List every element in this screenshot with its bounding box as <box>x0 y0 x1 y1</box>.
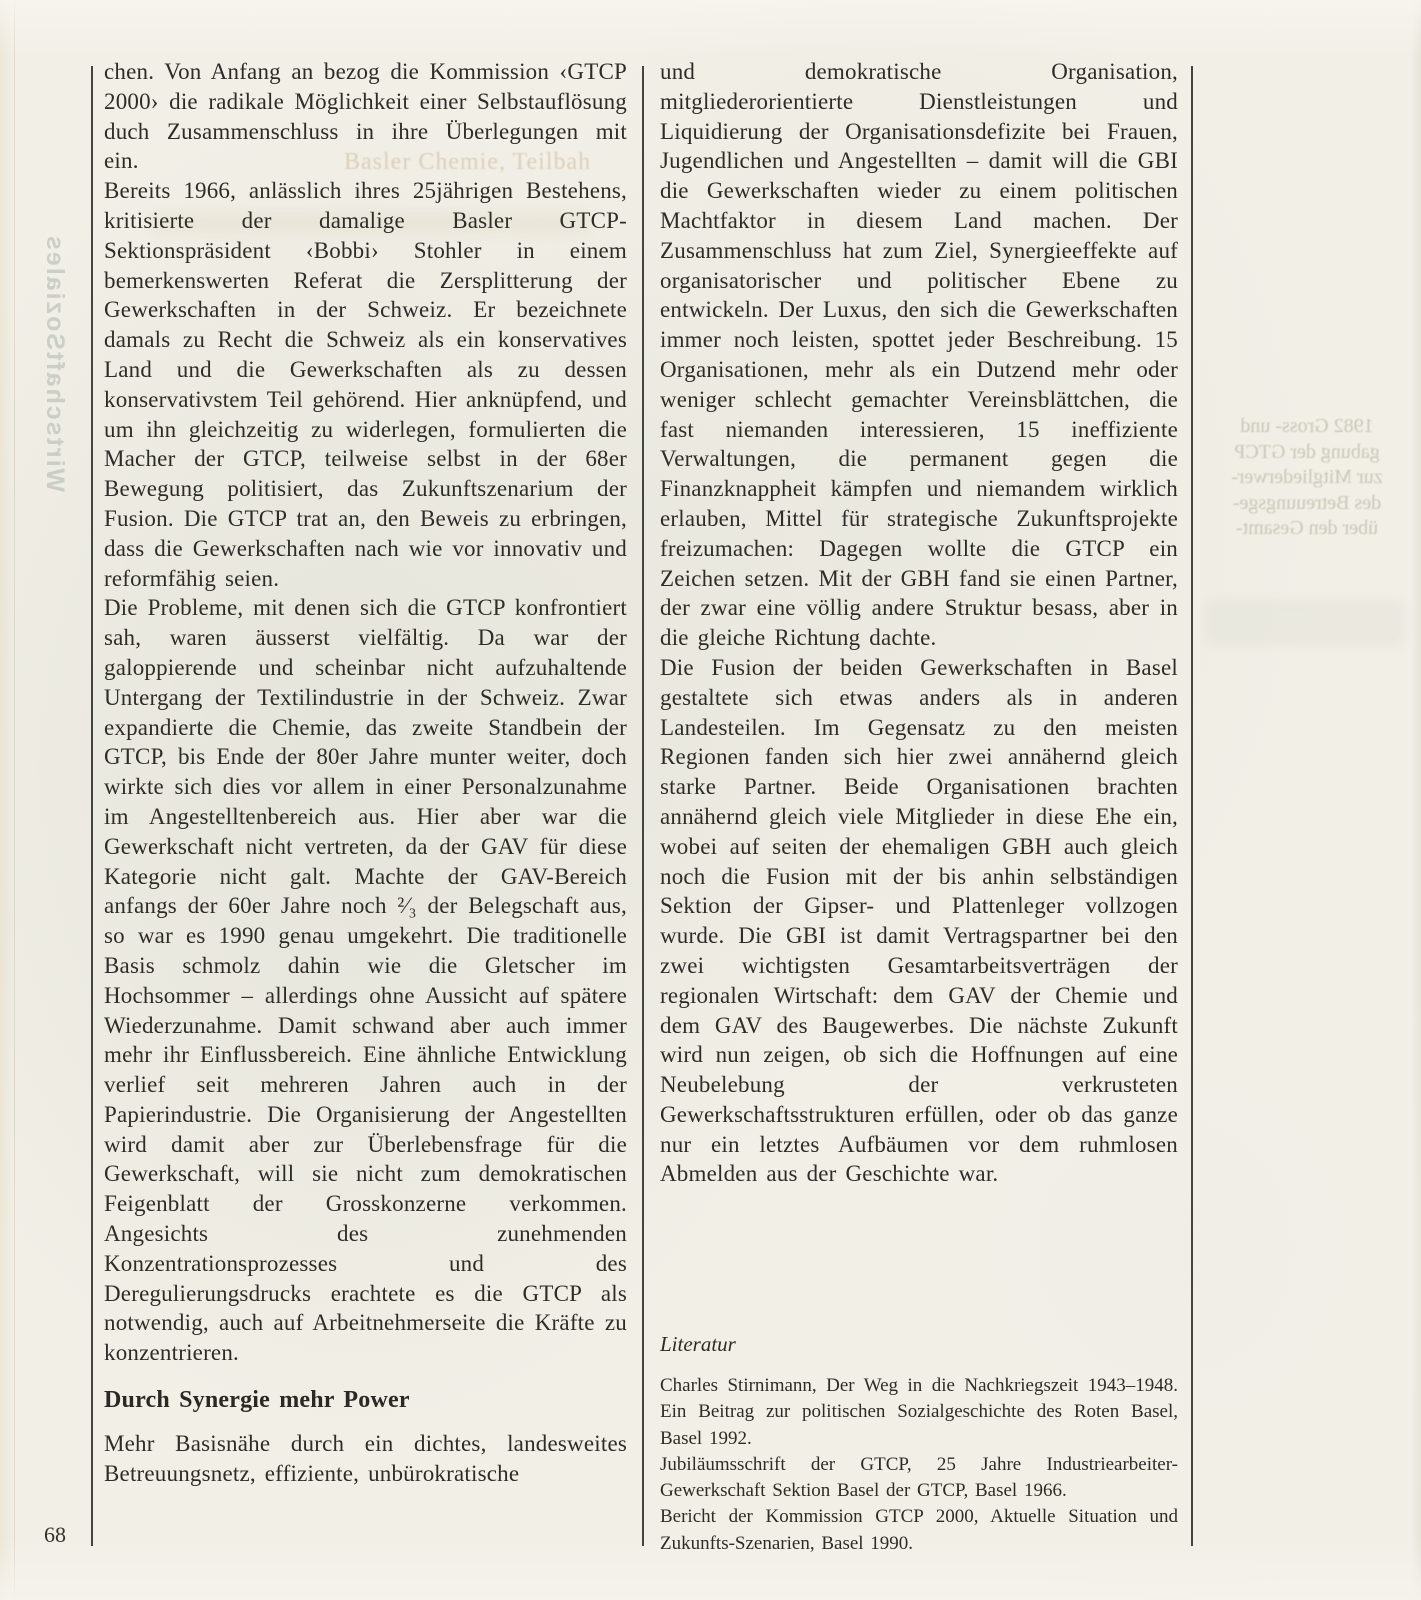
literature-section: Literatur Charles Stirnimann, Der Weg in… <box>660 1332 1178 1557</box>
reference-entry: Jubiläumsschrift der GTCP, 25 Jahre Indu… <box>660 1452 1178 1505</box>
section-heading: Durch Synergie mehr Power <box>104 1386 627 1416</box>
body-column-left: chen. Von Anfang an bezog die Kommission… <box>104 57 627 1488</box>
left-column-rule <box>91 66 93 1546</box>
caption-showthrough-line: des Betreuungsge- <box>1212 491 1402 517</box>
section-label-showthrough: WirtschaftSoziales <box>40 62 69 492</box>
page-left-edge-shading <box>0 0 15 1600</box>
page-number: 68 <box>44 1522 66 1548</box>
right-column-rule <box>1191 66 1193 1546</box>
paragraph: chen. Von Anfang an bezog die Kommission… <box>104 57 627 176</box>
reference-entry: Bericht der Kommission GTCP 2000, Aktuel… <box>660 1504 1178 1557</box>
caption-showthrough-line: zur Mitgliederwer- <box>1212 465 1402 491</box>
paragraph: Mehr Basisnähe durch ein dichtes, landes… <box>104 1429 627 1489</box>
caption-showthrough: 1982 Gross- und gabung der GTCP zur Mitg… <box>1212 414 1402 542</box>
page-right-edge-shading <box>1411 0 1421 1600</box>
paragraph: Die Probleme, mit denen sich die GTCP ko… <box>104 593 627 1368</box>
caption-showthrough-line: 1982 Gross- und <box>1212 414 1402 440</box>
reference-entry: Charles Stirnimann, Der Weg in die Nachk… <box>660 1373 1178 1452</box>
paragraph: Bereits 1966, anlässlich ihres 25jährige… <box>104 176 627 593</box>
literature-heading: Literatur <box>660 1332 1178 1357</box>
caption-showthrough-line: über den Gesamt- <box>1212 516 1402 542</box>
column-divider-rule <box>642 66 644 1546</box>
caption-showthrough-line: gabung der GTCP <box>1212 440 1402 466</box>
paragraph: und demokratische Organisation, mitglied… <box>660 57 1178 653</box>
print-showthrough-stain <box>1205 600 1405 646</box>
magazine-page-scan: WirtschaftSoziales Basler Chemie, Teilba… <box>0 0 1421 1600</box>
body-column-right: und demokratische Organisation, mitglied… <box>660 57 1178 1189</box>
paragraph: Die Fusion der beiden Gewerkschaften in … <box>660 653 1178 1189</box>
